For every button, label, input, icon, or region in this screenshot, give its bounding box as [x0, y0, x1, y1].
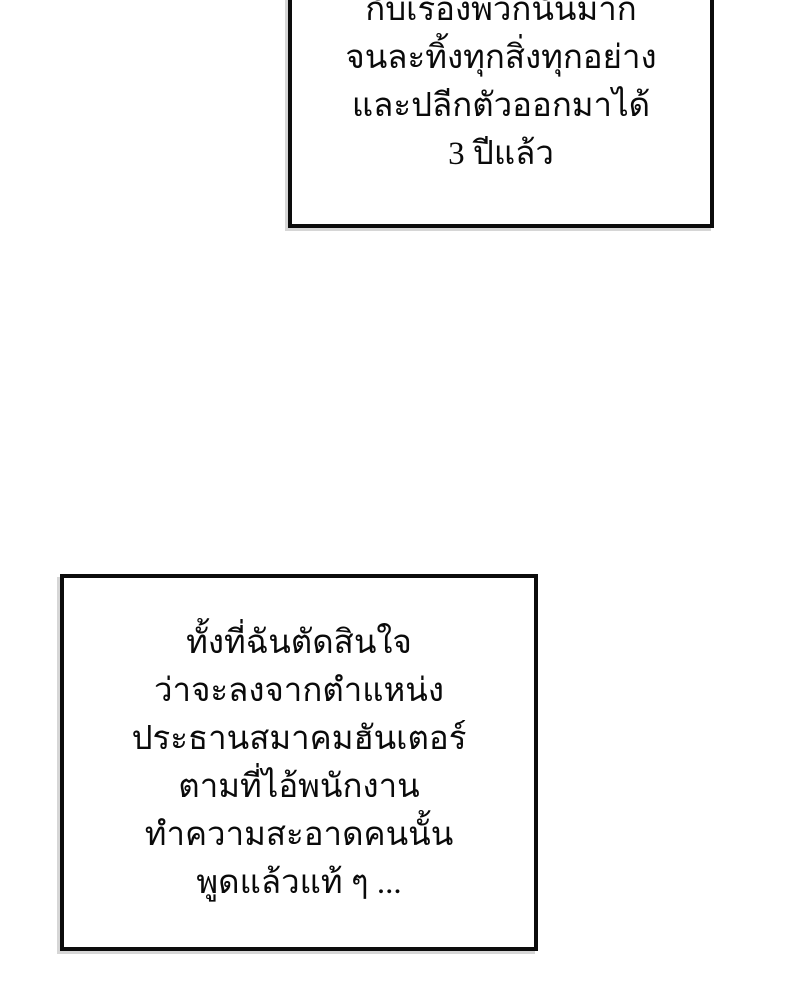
caption-line: ประธานสมาคมฮันเตอร์	[132, 715, 467, 763]
caption-line: พูดแล้วแท้ ๆ ...	[132, 859, 467, 907]
caption-line: ว่าจะลงจากตำแหน่ง	[132, 667, 467, 715]
caption-line: ทำความสะอาดคนนั้น	[132, 811, 467, 859]
caption-line: และปลีกตัวออกมาได้	[292, 82, 710, 130]
caption-line: 3 ปีแล้ว	[292, 130, 710, 178]
caption-text-bottom: ทั้งที่ฉันตัดสินใจ ว่าจะลงจากตำแหน่ง ประ…	[132, 619, 467, 907]
caption-box-top: กับเรื่องพวกนั้นมาก จนละทิ้งทุกสิ่งทุกอย…	[288, 0, 714, 228]
caption-box-bottom: ทั้งที่ฉันตัดสินใจ ว่าจะลงจากตำแหน่ง ประ…	[60, 574, 538, 951]
caption-text-top: กับเรื่องพวกนั้นมาก จนละทิ้งทุกสิ่งทุกอย…	[292, 0, 710, 178]
caption-line: ตามที่ไอ้พนักงาน	[132, 763, 467, 811]
caption-line: ทั้งที่ฉันตัดสินใจ	[132, 619, 467, 667]
caption-line: กับเรื่องพวกนั้นมาก	[292, 0, 710, 34]
comic-page: กับเรื่องพวกนั้นมาก จนละทิ้งทุกสิ่งทุกอย…	[0, 0, 800, 1000]
caption-line: จนละทิ้งทุกสิ่งทุกอย่าง	[292, 34, 710, 82]
